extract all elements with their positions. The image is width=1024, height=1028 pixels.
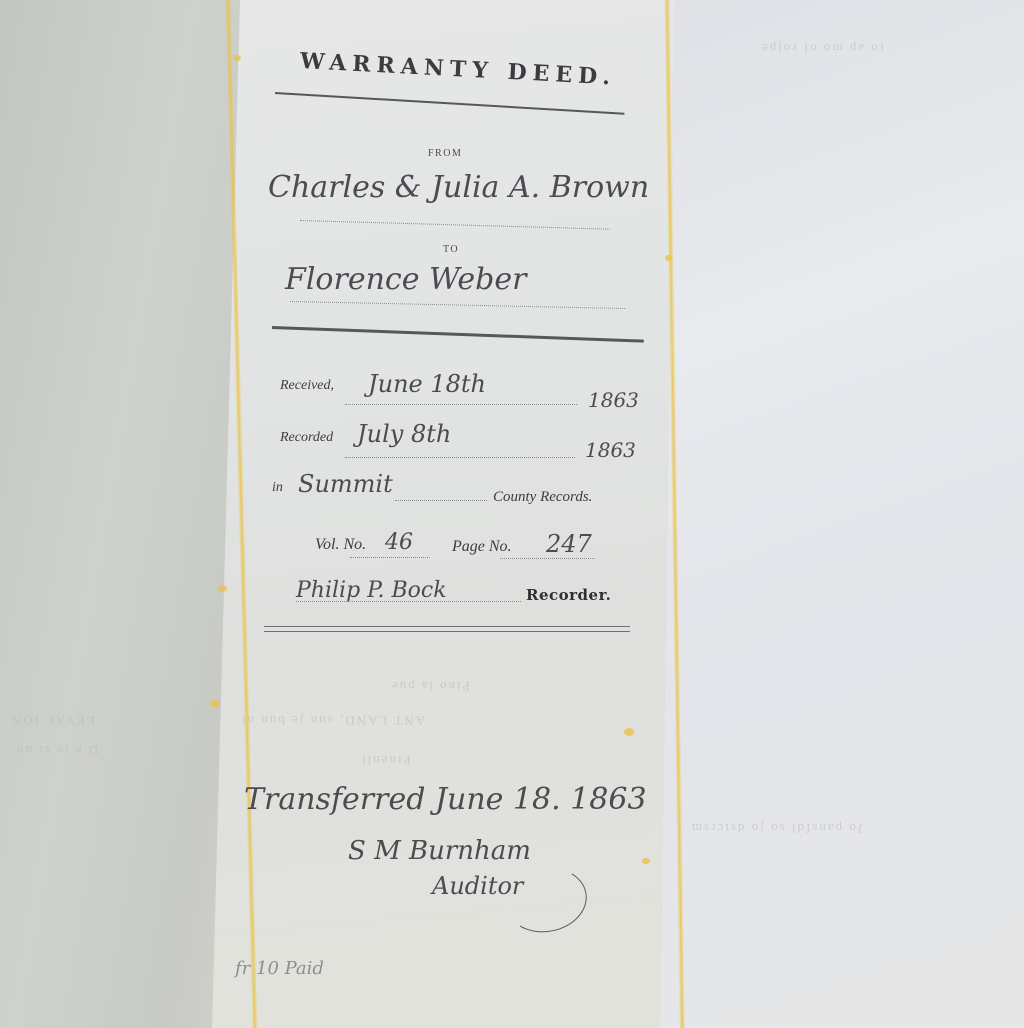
left-folded-panel: [0, 0, 250, 1028]
recorded-year: 1863: [585, 438, 636, 462]
grantee-signature: Florence Weber: [285, 262, 526, 297]
right-folded-panel: [660, 0, 1024, 1028]
received-year: 1863: [588, 388, 639, 412]
recorder-line: [296, 601, 521, 602]
page-value: 247: [546, 530, 592, 558]
recorded-date: July 8th: [357, 420, 451, 448]
volume-line: [350, 557, 430, 558]
bleed-through-text: Pinenll: [360, 752, 411, 768]
page-label: Page No.: [452, 538, 512, 556]
county-name: Summit: [298, 470, 393, 498]
volume-label: Vol. No.: [315, 536, 366, 554]
county-records-label: County Records.: [493, 489, 592, 506]
stain: [218, 585, 227, 592]
bleed-through-text: ANT LAND, sun je bun ol: [240, 712, 425, 728]
bottom-double-rule-bottom: [264, 631, 630, 632]
stain: [665, 255, 672, 261]
volume-value: 46: [385, 530, 413, 555]
bleed-through-text: Pino ls pue: [390, 678, 470, 694]
county-prefix: in: [272, 480, 283, 496]
from-label: FROM: [428, 148, 462, 159]
bleed-through-text: Jo pansfdl so jo dsicrsm: [690, 820, 863, 836]
county-line: [395, 500, 487, 501]
page-line: [500, 558, 595, 559]
bleed-through-text: to ap mo of rojpe: [760, 40, 884, 56]
transfer-note: Transferred June 18. 1863: [244, 782, 647, 817]
recorder-signature: Philip P. Bock: [296, 578, 447, 603]
stain: [210, 700, 220, 707]
stain: [624, 728, 634, 736]
received-date: June 18th: [368, 370, 486, 398]
recorded-label: Recorded: [280, 430, 333, 446]
bottom-double-rule-top: [264, 626, 630, 627]
to-label: TO: [443, 244, 459, 255]
pencil-note: fr 10 Paid: [235, 958, 324, 979]
auditor-signature: S M Burnham: [348, 836, 531, 866]
received-line: [345, 404, 577, 405]
grantors-signature: Charles & Julia A. Brown: [268, 170, 649, 205]
received-label: Received,: [280, 378, 334, 394]
stain: [642, 858, 650, 864]
recorded-line: [345, 457, 575, 458]
stain: [233, 55, 241, 61]
recorder-label: Recorder.: [526, 586, 611, 604]
bleed-through-text: LEVAL ION: [10, 712, 95, 728]
bleed-through-text: D e le si uo: [15, 742, 98, 758]
